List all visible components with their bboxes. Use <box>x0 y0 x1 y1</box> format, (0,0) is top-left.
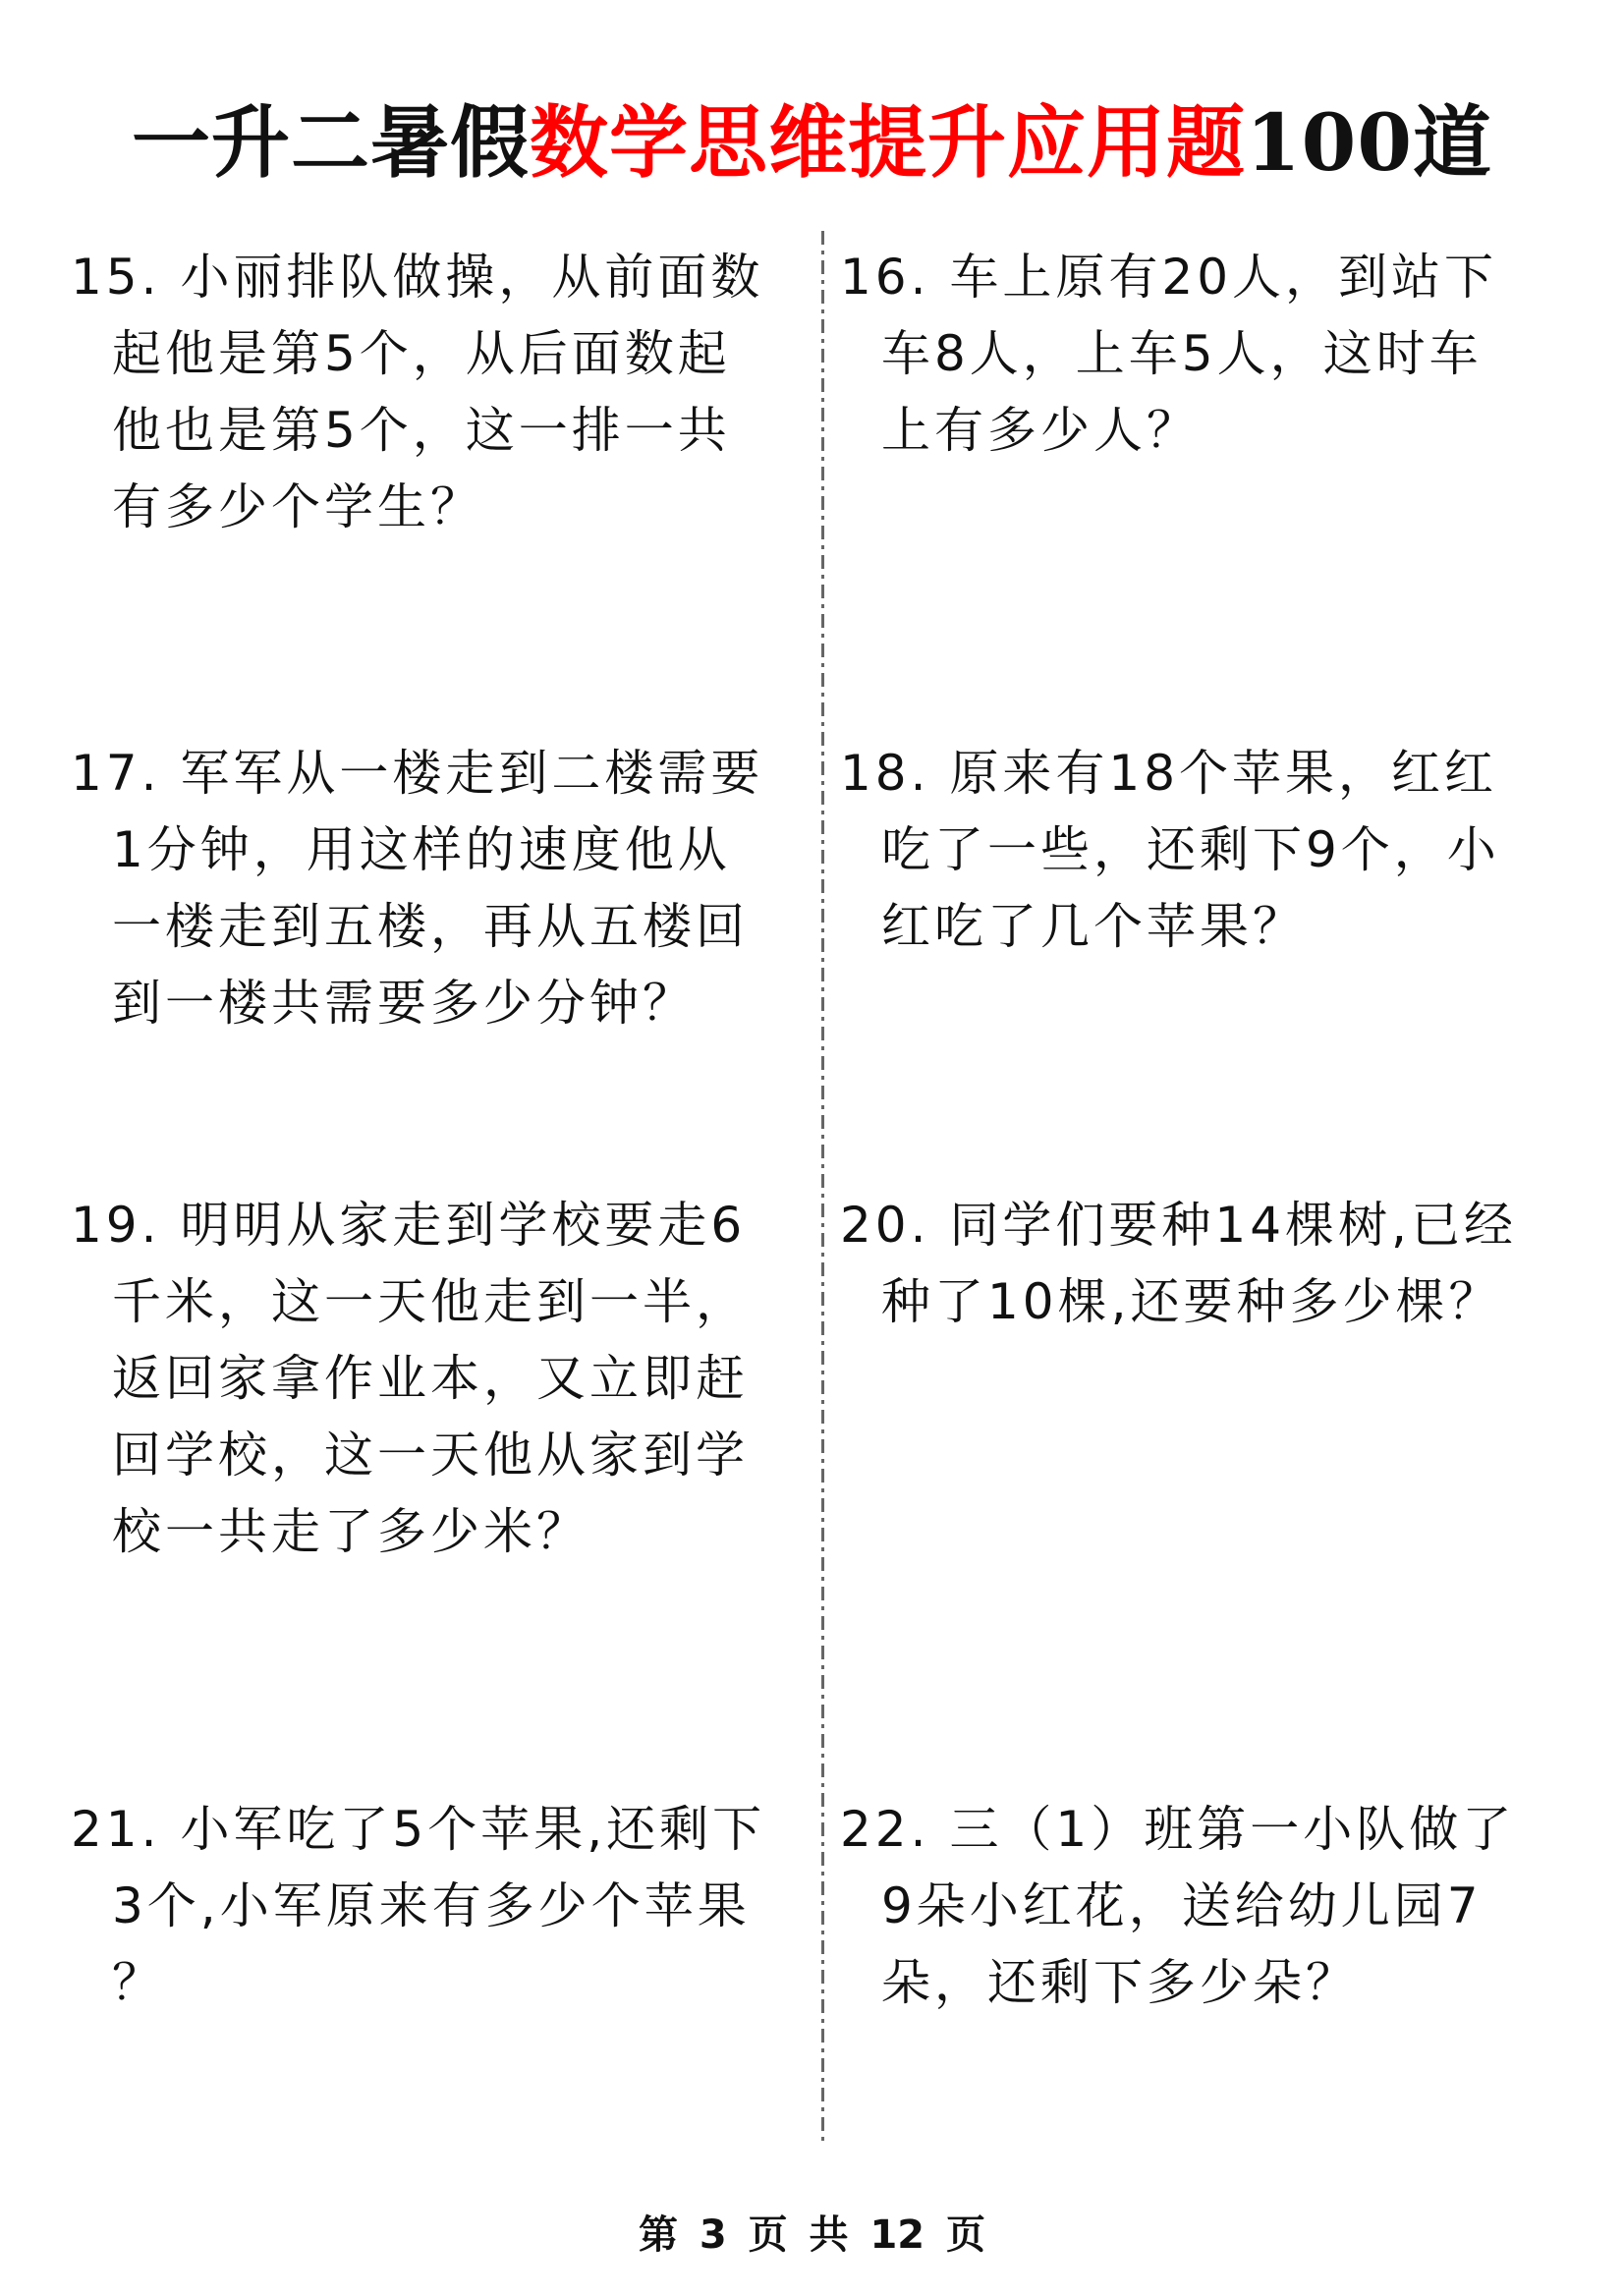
problem-line: 他也是第5个，这一排一共 <box>71 392 817 469</box>
problem-line: 1分钟，用这样的速度他从 <box>71 812 817 888</box>
title-highlight: 数学思维提升应用题 <box>530 96 1246 189</box>
problem-line: 起他是第5个，从后面数起 <box>71 315 817 392</box>
title-suffix: 100道 <box>1246 96 1492 189</box>
problem-line: 21. 小军吃了5个苹果,还剩下 <box>71 1791 817 1868</box>
problem-line: 千米，这一天他走到一半， <box>71 1263 817 1340</box>
column-divider <box>821 231 824 2147</box>
problem-number: 21. <box>71 1801 161 1858</box>
problem-line: 朵，还剩下多少朵？ <box>840 1944 1606 2021</box>
title-prefix: 一升二暑假 <box>132 96 530 189</box>
problem-line: 9朵小红花，送给幼儿园7 <box>840 1868 1606 1944</box>
problem-line: 回学校，这一天他从家到学 <box>71 1417 817 1493</box>
problem-19: 19. 明明从家走到学校要走6 千米，这一天他走到一半， 返回家拿作业本，又立即… <box>71 1187 817 1570</box>
problem-number: 20. <box>840 1197 930 1254</box>
problem-number: 15. <box>71 249 161 306</box>
problem-15: 15. 小丽排队做操，从前面数 起他是第5个，从后面数起 他也是第5个，这一排一… <box>71 239 817 545</box>
problem-17: 17. 军军从一楼走到二楼需要 1分钟，用这样的速度他从 一楼走到五楼，再从五楼… <box>71 735 817 1041</box>
problem-line: 17. 军军从一楼走到二楼需要 <box>71 735 817 812</box>
problem-line: 种了10棵,还要种多少棵？ <box>840 1263 1606 1340</box>
problem-line: 红吃了几个苹果？ <box>840 888 1606 965</box>
problem-line: 一楼走到五楼，再从五楼回 <box>71 888 817 965</box>
problem-21: 21. 小军吃了5个苹果,还剩下 3个,小军原来有多少个苹果 ？ <box>71 1791 817 2021</box>
problem-line: 校一共走了多少米？ <box>71 1493 817 1570</box>
problem-line: 有多少个学生？ <box>71 469 817 545</box>
problem-line: 3个,小军原来有多少个苹果 <box>71 1868 817 1944</box>
problem-number: 22. <box>840 1801 930 1858</box>
page-footer: 第 3 页 共 12 页 <box>0 2206 1624 2265</box>
problem-18: 18. 原来有18个苹果，红红 吃了一些，还剩下9个，小 红吃了几个苹果？ <box>840 735 1606 965</box>
problem-line: ？ <box>71 1944 817 2021</box>
problem-number: 19. <box>71 1197 161 1254</box>
problem-line: 20. 同学们要种14棵树,已经 <box>840 1187 1606 1263</box>
problem-line: 16. 车上原有20人，到站下 <box>840 239 1606 315</box>
problem-line: 22. 三（1）班第一小队做了 <box>840 1791 1606 1868</box>
problem-line: 车8人，上车5人，这时车 <box>840 315 1606 392</box>
problem-line: 返回家拿作业本，又立即赶 <box>71 1340 817 1417</box>
page-title: 一升二暑假数学思维提升应用题100道 <box>0 93 1624 192</box>
problem-line: 15. 小丽排队做操，从前面数 <box>71 239 817 315</box>
problem-line: 19. 明明从家走到学校要走6 <box>71 1187 817 1263</box>
problem-line: 18. 原来有18个苹果，红红 <box>840 735 1606 812</box>
problem-22: 22. 三（1）班第一小队做了 9朵小红花，送给幼儿园7 朵，还剩下多少朵？ <box>840 1791 1606 2021</box>
problem-number: 18. <box>840 745 930 802</box>
problem-20: 20. 同学们要种14棵树,已经 种了10棵,还要种多少棵？ <box>840 1187 1606 1340</box>
problem-number: 17. <box>71 745 161 802</box>
problem-line: 上有多少人？ <box>840 392 1606 469</box>
problem-line: 吃了一些，还剩下9个，小 <box>840 812 1606 888</box>
problem-line: 到一楼共需要多少分钟？ <box>71 965 817 1041</box>
problem-number: 16. <box>840 249 930 306</box>
problem-16: 16. 车上原有20人，到站下 车8人，上车5人，这时车 上有多少人？ <box>840 239 1606 469</box>
